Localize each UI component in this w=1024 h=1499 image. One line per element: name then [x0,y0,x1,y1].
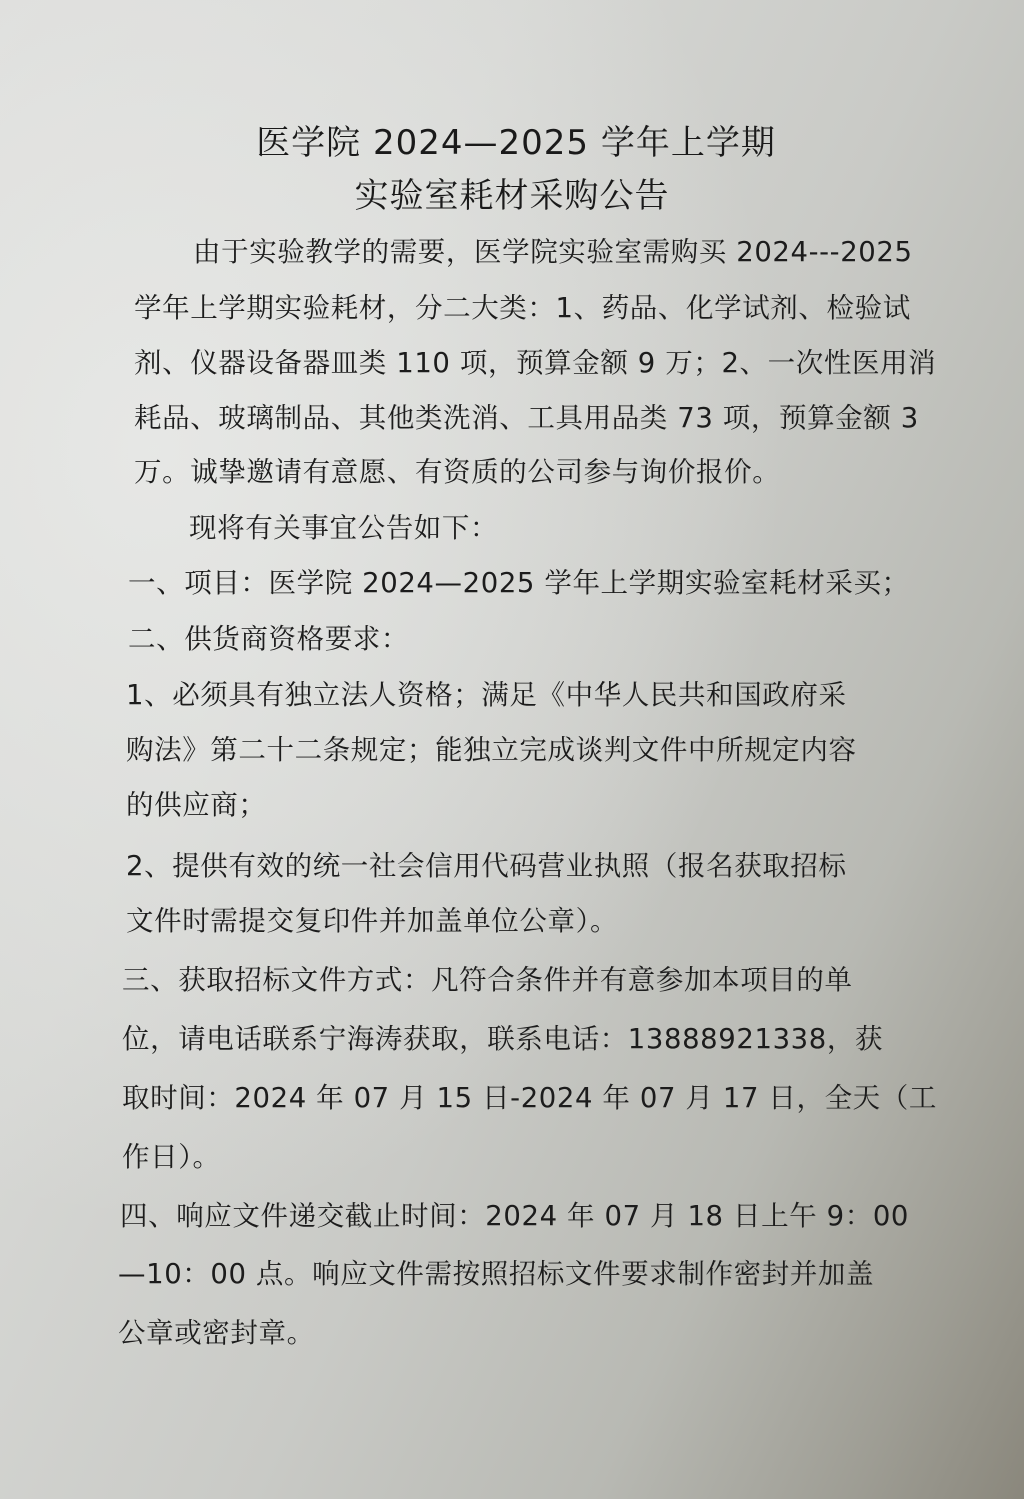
announcement-paper: 医学院 2024—2025 学年上学期 实验室耗材采购公告 由于实验教学的需要，… [0,0,1024,1499]
requirement-2-line: 文件时需提交复印件并加盖单位公章）。 [126,898,618,938]
intro-paragraph-line: 由于实验教学的需要，医学院实验室需购买 2024---2025 [193,229,913,269]
section-2-heading: 二、供货商资格要求： [128,616,409,656]
section-4-line: —10：00 点。响应文件需按照招标文件要求制作密封并加盖 [118,1251,874,1291]
section-3-line: 三、获取招标文件方式：凡符合条件并有意参加本项目的单 [122,957,853,997]
requirement-1-line: 的供应商； [126,782,267,822]
document-title-line-1: 医学院 2024—2025 学年上学期 [4,115,1024,164]
intro-paragraph-line: 剂、仪器设备器皿类 110 项，预算金额 9 万；2、一次性医用消 [134,340,936,380]
section-3-line: 取时间：2024 年 07 月 15 日-2024 年 07 月 17 日，全天… [122,1075,937,1115]
requirement-2-line: 2、提供有效的统一社会信用代码营业执照（报名获取招标 [126,843,847,883]
requirement-1-line: 1、必须具有独立法人资格；满足《中华人民共和国政府采 [126,672,847,712]
intro-paragraph-line: 万。诚挚邀请有意愿、有资质的公司参与询价报价。 [134,449,780,489]
notice-intro-line: 现将有关事宜公告如下： [189,505,498,545]
section-4-line: 公章或密封章。 [118,1310,315,1350]
document-title-line-2: 实验室耗材采购公告 [0,168,1024,217]
requirement-1-line: 购法》第二十二条规定；能独立完成谈判文件中所规定内容 [126,727,857,767]
section-1-project: 一、项目：医学院 2024—2025 学年上学期实验室耗材采买； [128,560,910,600]
section-4-line: 四、响应文件递交截止时间：2024 年 07 月 18 日上午 9：00 [120,1193,909,1233]
section-3-line: 位，请电话联系宁海涛获取，联系电话：13888921338，获 [122,1016,883,1056]
intro-paragraph-line: 学年上学期实验耗材，分二大类：1、药品、化学试剂、检验试 [134,285,911,325]
intro-paragraph-line: 耗品、玻璃制品、其他类洗消、工具用品类 73 项，预算金额 3 [134,395,919,435]
section-3-line: 作日）。 [122,1134,221,1174]
